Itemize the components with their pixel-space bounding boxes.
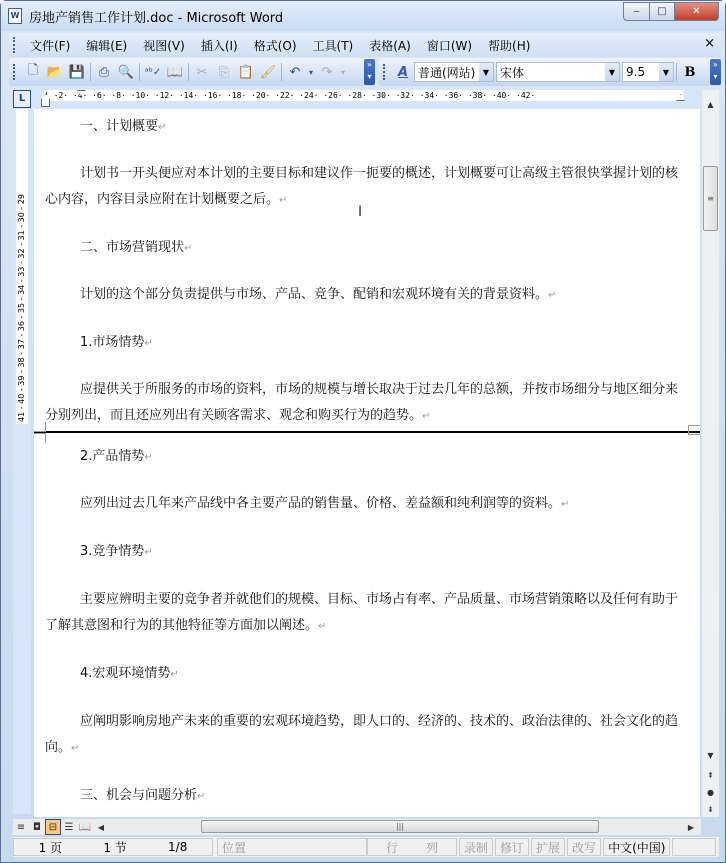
close-document-button[interactable]: × [704,36,715,51]
menubar-grip[interactable] [13,37,16,53]
redo-icon[interactable]: ↷ [316,61,338,83]
scroll-up-icon[interactable]: ▲ [702,95,719,113]
paragraph-text: 计划的这个部分负责提供与市场、产品、竞争、配销和宏观环境有关的背景资料。 [45,287,548,302]
paragraph-text: 应提供关于所服务的市场的资料，市场的规模与增长取决于过去几年的总额，并按市场细分… [45,382,678,423]
paragraph-text: 应阐明影响房地产未来的重要的宏观环境趋势，即人口的、经济的、技术的、政治法律的、… [45,714,678,755]
outline-view-icon[interactable]: ☰ [61,819,77,835]
previous-page-icon[interactable]: ⇞ [702,766,719,784]
style-value: 普通(网站) [418,64,475,81]
cut-icon[interactable]: ✂ [191,61,213,83]
format-painter-icon[interactable]: 🖌 [257,61,279,83]
paragraph-mark-icon: ↵ [158,122,166,133]
scroll-down-icon[interactable]: ▼ [702,746,719,764]
toolbar-grip[interactable] [13,64,16,80]
page-corner-marker [34,422,46,432]
paragraph-mark-icon: ↵ [561,499,569,510]
print-icon[interactable]: ⎙ [93,61,115,83]
print-preview-icon[interactable]: 🔍 [115,61,137,83]
scroll-left-icon[interactable]: ◀ [93,819,109,835]
menu-edit[interactable]: 编辑(E) [78,37,135,54]
text-cursor-icon: I [358,204,362,220]
document-heading[interactable]: 二、市场营销现状↵ [45,235,685,262]
font-value: 宋体 [500,64,524,81]
style-dropdown[interactable]: 普通(网站)▼ [414,62,494,82]
font-size-dropdown[interactable]: 9.5▼ [622,62,674,82]
status-column: 列 [426,839,438,856]
window-title: 房地产销售工作计划.doc - Microsoft Word [29,7,283,26]
menu-tools[interactable]: 工具(T) [305,37,362,54]
paragraph-mark-icon: ↵ [184,243,192,254]
minimize-icon: ‒ [633,6,639,17]
document-heading[interactable]: 三、机会与问题分析↵ [45,783,685,810]
menu-format[interactable]: 格式(O) [246,37,305,54]
document-heading[interactable]: 4.宏观环境情势↵ [45,661,685,688]
next-page-icon[interactable]: ⇟ [702,800,719,818]
web-layout-icon[interactable]: ◘ [29,819,45,835]
status-position-cell[interactable]: 位置 [217,838,367,856]
paragraph-text: 1.市场情势 [45,335,144,350]
document-heading[interactable]: 1.市场情势↵ [45,330,685,357]
document-paragraph[interactable]: 应列出过去几年来产品线中各主要产品的销售量、价格、差益额和纯利润等的资料。↵ [45,491,685,518]
paragraph-text: 计划书一开头便应对本计划的主要目标和建议作一扼要的概述，计划概要可让高级主管很快… [45,166,678,207]
chevron-down-icon[interactable]: ▼ [479,63,493,81]
print-layout-icon[interactable]: ⊟ [45,819,61,835]
word-doc-icon[interactable]: W [8,8,22,24]
spelling-icon[interactable]: ᵃᵇ✓ [142,61,164,83]
toolbar-separator [676,63,677,81]
chevron-down-icon[interactable]: ▼ [605,63,619,81]
select-browse-object-icon[interactable]: ● [702,783,719,801]
paragraph-mark-icon: ↵ [548,290,556,301]
paragraph-mark-icon: ↵ [197,791,205,802]
vertical-ruler[interactable]: 41 - 40 - 39 - 38 - 37 - 36 - 35 - 34 - … [13,109,31,814]
status-blank-cell [672,838,716,856]
font-dropdown[interactable]: 宋体▼ [496,62,620,82]
maximize-button[interactable]: □ [649,2,675,21]
standard-toolbar: 🗋 📂 💾 ⎙ 🔍 ᵃᵇ✓ 📖 ✂ ⎘ 📋 🖌 ↶ ▾ ↷ ▾ »▾ [9,58,375,86]
redo-dropdown-icon[interactable]: ▾ [338,61,348,83]
paragraph-text: 一、计划概要 [45,119,158,134]
minimize-button[interactable]: ‒ [623,2,649,21]
paragraph-mark-icon: ↵ [144,338,152,349]
paragraph-text: 应列出过去几年来产品线中各主要产品的销售量、价格、差益额和纯利润等的资料。 [45,496,561,511]
status-position: 位置 [222,839,246,856]
scroll-right-icon[interactable]: ▶ [683,819,699,835]
paragraph-mark-icon: ↵ [71,743,79,754]
menu-file[interactable]: 文件(F) [22,37,78,54]
horizontal-ruler[interactable]: | ·2· ·4· ·6· ·8· ·10· ·12· ·14· ·16· ·1… [34,90,700,108]
paragraph-mark-icon: ↵ [144,547,152,558]
font-size-value: 9.5 [626,65,645,79]
ruler-ticks: 41 - 40 - 39 - 38 - 37 - 36 - 35 - 34 - … [16,117,28,422]
paragraph-text: 二、市场营销现状 [45,240,184,255]
bold-button[interactable]: B [679,61,701,83]
formatting-toolbar: A 普通(网站)▼ 宋体▼ 9.5▼ B »▾ [379,58,721,86]
close-icon: ✕ [692,6,700,17]
paragraph-mark-icon: ↵ [279,195,287,206]
status-page: 1 页 [39,839,62,856]
document-paragraph[interactable]: 应阐明影响房地产未来的重要的宏观环境趋势，即人口的、经济的、技术的、政治法律的、… [45,709,685,762]
paragraph-text: 3.竞争情势 [45,544,144,559]
menu-view[interactable]: 视图(V) [135,37,193,54]
paragraph-mark-icon: ↵ [318,621,326,632]
toolbar-separator [281,63,282,81]
toolbar-separator [139,63,140,81]
paragraph-text: 主要应辨明主要的竞争者并就他们的规模、目标、市场占有率、产品质量、市场营销策略以… [45,592,678,633]
vertical-scrollbar[interactable]: ▲ ≡ ▼ ⇞ ● ⇟ [701,90,719,817]
status-extend[interactable]: 扩展 [531,838,565,856]
menu-table[interactable]: 表格(A) [361,37,419,54]
research-icon[interactable]: 📖 [164,61,186,83]
status-revision[interactable]: 修订 [495,838,529,856]
document-heading[interactable]: 2.产品情势↵ [45,444,685,471]
styles-icon[interactable]: A [392,61,414,83]
status-section: 1 节 [103,839,126,856]
normal-view-icon[interactable]: ≡ [13,819,29,835]
paragraph-mark-icon: ↵ [170,669,178,680]
menu-bar: 文件(F) 编辑(E) 视图(V) 插入(I) 格式(O) 工具(T) 表格(A… [9,33,721,57]
menu-insert[interactable]: 插入(I) [193,37,246,54]
paragraph-text: 2.产品情势 [45,449,144,464]
vertical-scroll-thumb[interactable]: ≡ [703,166,718,231]
tab-selector[interactable]: L [13,90,31,108]
paragraph-mark-icon: ↵ [144,452,152,463]
document-paragraph[interactable]: 应提供关于所服务的市场的资料，市场的规模与增长取决于过去几年的总额，并按市场细分… [45,377,685,430]
document-paragraph[interactable]: 计划书一开头便应对本计划的主要目标和建议作一扼要的概述，计划概要可让高级主管很快… [45,161,685,214]
chevron-down-icon[interactable]: ▼ [659,63,673,81]
toolbar-options-icon[interactable]: »▾ [710,59,721,85]
status-page-cell[interactable]: 1 页 1 节 1/8 [13,838,213,856]
toolbar-grip[interactable] [383,64,386,80]
document-heading[interactable]: 一、计划概要↵ [45,114,685,141]
status-page-of: 1/8 [168,840,187,854]
status-line: 行 [386,839,398,856]
toolbar-row: 🗋 📂 💾 ⎙ 🔍 ᵃᵇ✓ 📖 ✂ ⎘ 📋 🖌 ↶ ▾ ↷ ▾ »▾ A 普通(… [9,58,721,86]
paragraph-text: 4.宏观环境情势 [45,666,170,681]
horizontal-scrollbar[interactable]: ≡ ◘ ⊟ ☰ 📖 ◀ ||| ▶ [13,819,701,835]
status-line-cell[interactable]: 行列 [367,838,457,856]
word-window: W 房地产销售工作计划.doc - Microsoft Word ‒ □ ✕ 文… [0,0,726,863]
page-break-line [34,431,700,433]
open-icon[interactable]: 📂 [44,61,66,83]
horizontal-scroll-thumb[interactable]: ||| [201,820,599,833]
document-paragraph[interactable]: 主要应辨明主要的竞争者并就他们的规模、目标、市场占有率、产品质量、市场营销策略以… [45,587,685,640]
menu-window[interactable]: 窗口(W) [419,37,480,54]
document-heading[interactable]: 3.竞争情势↵ [45,539,685,566]
document-paragraph[interactable]: 计划的这个部分负责提供与市场、产品、竞争、配销和宏观环境有关的背景资料。↵ [45,282,685,309]
reading-layout-icon[interactable]: 📖 [77,819,93,835]
maximize-icon: □ [657,6,666,17]
page-corner-marker [34,433,46,443]
ruler-ticks: | ·2· ·4· ·6· ·8· ·10· ·12· ·14· ·16· ·1… [44,90,694,101]
undo-dropdown-icon[interactable]: ▾ [306,61,316,83]
page-corner-marker [688,425,700,435]
title-bar: W 房地产销售工作计划.doc - Microsoft Word ‒ □ ✕ [1,1,725,31]
close-button[interactable]: ✕ [675,2,719,21]
menu-help[interactable]: 帮助(H) [480,37,538,54]
document-area[interactable]: 一、计划概要↵计划书一开头便应对本计划的主要目标和建议作一扼要的概述，计划概要可… [34,109,700,817]
copy-icon[interactable]: ⎘ [213,61,235,83]
status-bar: 1 页 1 节 1/8 位置 行列 录制 修订 扩展 改写 中文(中国) [13,837,719,857]
save-icon[interactable]: 💾 [66,61,88,83]
toolbar-options-icon[interactable]: »▾ [364,59,375,85]
paragraph-mark-icon: ↵ [422,411,430,422]
status-language[interactable]: 中文(中国) [603,838,670,856]
status-record[interactable]: 录制 [459,838,493,856]
toolbar-separator [90,63,91,81]
new-icon[interactable]: 🗋 [22,61,44,83]
undo-icon[interactable]: ↶ [284,61,306,83]
paste-icon[interactable]: 📋 [235,61,257,83]
status-overwrite[interactable]: 改写 [567,838,601,856]
toolbar-separator [188,63,189,81]
paragraph-text: 三、机会与问题分析 [45,788,197,803]
